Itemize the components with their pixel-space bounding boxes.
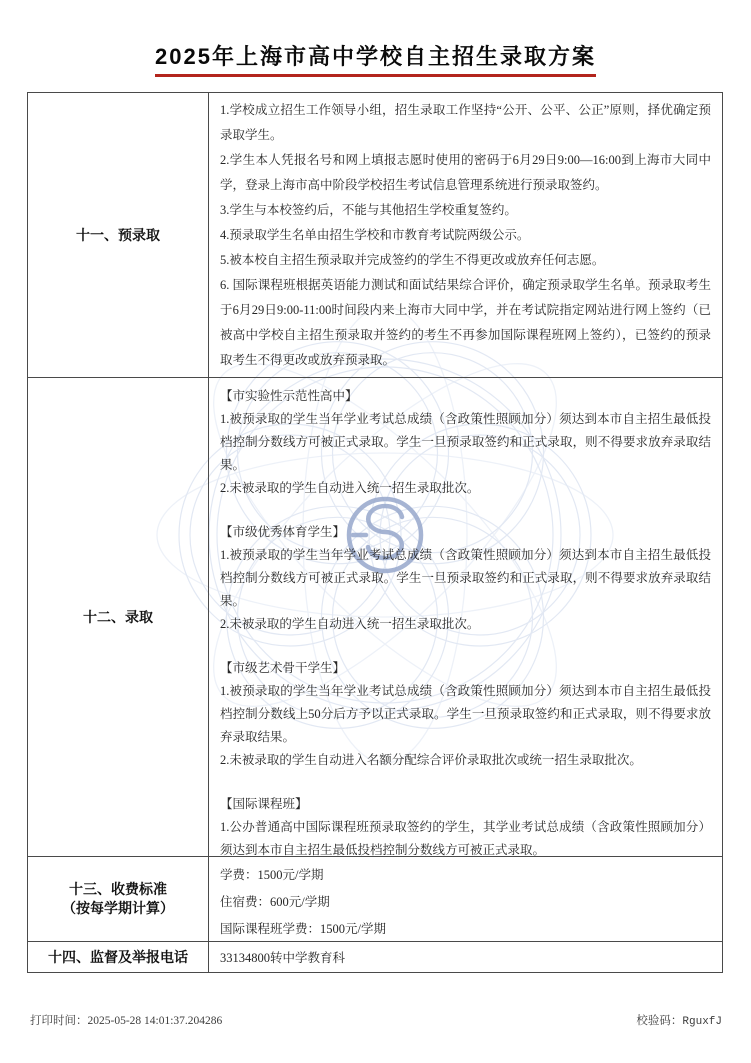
row-label-text: 十三、收费标准 <box>69 880 167 899</box>
paragraph: 2.学生本人凭报名号和网上填报志愿时使用的密码于6月29日9:00—16:00到… <box>220 148 711 198</box>
row-label-pre-admission: 十一、预录取 <box>28 93 209 377</box>
paragraph: 1.公办普通高中国际课程班预录取签约的学生，其学业考试总成绩（含政策性照顾加分）… <box>220 816 711 862</box>
print-time: 打印时间：2025-05-28 14:01:37.204286 <box>30 1012 222 1028</box>
phone-number: 33134800转中学教育科 <box>220 948 345 968</box>
paragraph: 6. 国际课程班根据英语能力测试和面试结果综合评价，确定预录取学生名单。预录取考… <box>220 273 711 373</box>
table-row-supervision-phone: 十四、监督及举报电话 33134800转中学教育科 <box>28 941 722 972</box>
table-row-fees: 十三、收费标准 （按每学期计算） 学费：1500元/学期 住宿费：600元/学期… <box>28 856 722 941</box>
print-time-value: 2025-05-28 14:01:37.204286 <box>88 1015 223 1027</box>
row-label-text: 十四、监督及举报电话 <box>48 948 188 967</box>
row-label-admission: 十二、录取 <box>28 378 209 856</box>
fee-accommodation: 住宿费：600元/学期 <box>220 889 711 916</box>
section-heading: 【市实验性示范性高中】 <box>220 385 711 408</box>
section-international-curriculum-class: 【国际课程班】 1.公办普通高中国际课程班预录取签约的学生，其学业考试总成绩（含… <box>220 793 711 862</box>
paragraph: 4.预录取学生名单由招生学校和市教育考试院两级公示。 <box>220 223 711 248</box>
paragraph: 1.被预录取的学生当年学业考试总成绩（含政策性照顾加分）须达到本市自主招生最低投… <box>220 680 711 749</box>
fee-international-class: 国际课程班学费：1500元/学期 <box>220 916 711 943</box>
paragraph: 2.未被录取的学生自动进入名额分配综合评价录取批次或统一招生录取批次。 <box>220 749 711 772</box>
fee-tuition: 学费：1500元/学期 <box>220 862 711 889</box>
paragraph: 1.被预录取的学生当年学业考试总成绩（含政策性照顾加分）须达到本市自主招生最低投… <box>220 408 711 477</box>
section-art-backbone-students: 【市级艺术骨干学生】 1.被预录取的学生当年学业考试总成绩（含政策性照顾加分）须… <box>220 657 711 772</box>
paragraph: 1.学校成立招生工作领导小组，招生录取工作坚持“公开、公平、公正”原则，择优确定… <box>220 98 711 148</box>
row-content-admission: 【市实验性示范性高中】 1.被预录取的学生当年学业考试总成绩（含政策性照顾加分）… <box>209 378 722 856</box>
row-content-fees: 学费：1500元/学期 住宿费：600元/学期 国际课程班学费：1500元/学期 <box>209 857 722 941</box>
paragraph: 1.被预录取的学生当年学业考试总成绩（含政策性照顾加分）须达到本市自主招生最低投… <box>220 544 711 613</box>
row-label-fees: 十三、收费标准 （按每学期计算） <box>28 857 209 941</box>
document-page: 2025年上海市高中学校自主招生录取方案 十一、预录取 1.学校成立招生工作领导… <box>0 0 751 1063</box>
section-outstanding-sports-students: 【市级优秀体育学生】 1.被预录取的学生当年学业考试总成绩（含政策性照顾加分）须… <box>220 521 711 636</box>
row-label-text: 十一、预录取 <box>76 226 160 245</box>
title-wrap: 2025年上海市高中学校自主招生录取方案 <box>0 0 751 77</box>
row-label-text: 十二、录取 <box>83 608 153 627</box>
paragraph: 3.学生与本校签约后，不能与其他招生学校重复签约。 <box>220 198 711 223</box>
table-row-pre-admission: 十一、预录取 1.学校成立招生工作领导小组，招生录取工作坚持“公开、公平、公正”… <box>28 93 722 377</box>
row-content-pre-admission: 1.学校成立招生工作领导小组，招生录取工作坚持“公开、公平、公正”原则，择优确定… <box>209 93 722 377</box>
print-time-label: 打印时间： <box>30 1015 88 1027</box>
section-heading: 【市级优秀体育学生】 <box>220 521 711 544</box>
section-heading: 【国际课程班】 <box>220 793 711 816</box>
checksum: 校验码：RguxfJ <box>636 1012 722 1028</box>
row-label-supervision-phone: 十四、监督及举报电话 <box>28 942 209 972</box>
paragraph: 5.被本校自主招生预录取并完成签约的学生不得更改或放弃任何志愿。 <box>220 248 711 273</box>
admission-plan-table: 十一、预录取 1.学校成立招生工作领导小组，招生录取工作坚持“公开、公平、公正”… <box>27 92 723 973</box>
paragraph: 2.未被录取的学生自动进入统一招生录取批次。 <box>220 477 711 500</box>
section-experimental-model-high: 【市实验性示范性高中】 1.被预录取的学生当年学业考试总成绩（含政策性照顾加分）… <box>220 385 711 500</box>
table-row-admission: 十二、录取 【市实验性示范性高中】 1.被预录取的学生当年学业考试总成绩（含政策… <box>28 377 722 856</box>
row-content-supervision-phone: 33134800转中学教育科 <box>209 942 722 972</box>
row-label-subtext: （按每学期计算） <box>62 899 174 918</box>
page-title: 2025年上海市高中学校自主招生录取方案 <box>155 40 596 77</box>
paragraph: 2.未被录取的学生自动进入统一招生录取批次。 <box>220 613 711 636</box>
section-heading: 【市级艺术骨干学生】 <box>220 657 711 680</box>
checksum-value: RguxfJ <box>682 1016 722 1028</box>
footer: 打印时间：2025-05-28 14:01:37.204286 校验码：Rgux… <box>30 1012 722 1028</box>
checksum-label: 校验码： <box>636 1015 682 1027</box>
